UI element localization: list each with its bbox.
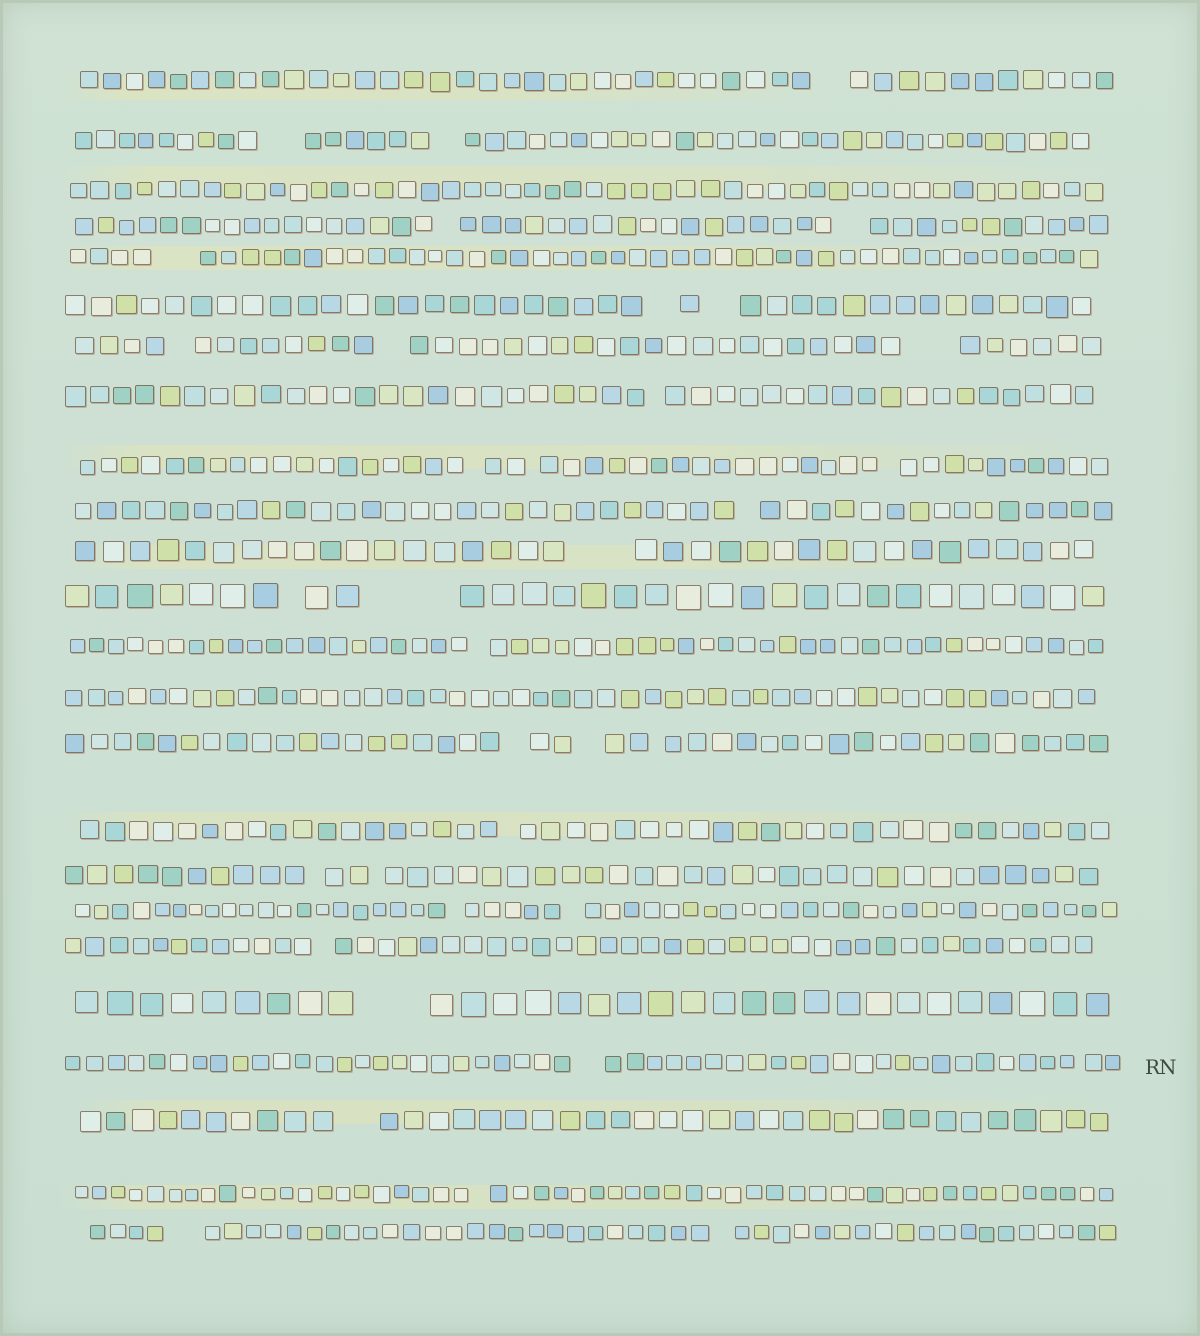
painted-square (378, 939, 395, 956)
painted-square (1074, 540, 1093, 558)
painted-square (631, 183, 647, 198)
painted-square (1043, 902, 1058, 917)
painted-square (484, 902, 500, 917)
painted-square (404, 1111, 423, 1129)
painted-square (717, 386, 735, 402)
painted-square (834, 336, 852, 353)
painted-square (480, 732, 499, 751)
painted-square (258, 902, 274, 918)
painted-square (644, 902, 660, 918)
painted-square (880, 821, 899, 838)
painted-square (242, 1187, 255, 1198)
painted-square (720, 904, 736, 919)
painted-square (635, 539, 657, 560)
painted-square (553, 252, 568, 265)
painted-square (571, 133, 587, 147)
painted-square (490, 639, 507, 656)
painted-square (724, 181, 742, 199)
painted-square (333, 902, 348, 917)
painted-square (543, 541, 564, 561)
painted-square (171, 939, 187, 954)
painted-square (1029, 133, 1046, 150)
painted-square (482, 339, 498, 355)
painted-square (816, 690, 832, 706)
painted-square (368, 736, 385, 751)
painted-square (553, 586, 575, 606)
painted-square (262, 338, 279, 353)
painted-square (326, 248, 343, 264)
painted-square (653, 183, 671, 200)
painted-square (708, 583, 733, 607)
painted-square (124, 339, 140, 353)
painted-square (902, 903, 917, 917)
painted-square (693, 337, 713, 355)
painted-square (459, 734, 476, 751)
painted-square (726, 1055, 743, 1071)
painted-square (75, 991, 98, 1013)
painted-square (355, 71, 375, 89)
painted-square (410, 1055, 427, 1072)
painted-square (858, 687, 877, 706)
painted-square (435, 337, 453, 353)
painted-square (954, 502, 970, 518)
painted-square (860, 249, 877, 264)
painted-square (767, 296, 787, 315)
painted-square (111, 1186, 125, 1198)
painted-square (785, 822, 802, 839)
painted-square (189, 640, 204, 654)
painted-square (554, 1056, 570, 1072)
painted-square (958, 991, 982, 1013)
painted-square (390, 902, 406, 917)
painted-square (92, 1186, 106, 1199)
painted-square (567, 822, 585, 838)
painted-square (972, 295, 993, 314)
painted-square (939, 1225, 955, 1240)
painted-square (65, 295, 85, 315)
painted-square (550, 132, 567, 147)
painted-square (505, 218, 521, 233)
painted-square (809, 182, 825, 197)
painted-square (1050, 585, 1075, 610)
painted-square (284, 1111, 306, 1132)
painted-square (717, 133, 733, 149)
painted-square (923, 457, 939, 472)
painted-square (1068, 823, 1085, 840)
painted-square (899, 71, 919, 90)
painted-square (398, 937, 417, 956)
painted-square (487, 937, 506, 956)
painted-square (338, 457, 357, 476)
painted-square (87, 865, 107, 884)
painted-square (558, 992, 581, 1014)
painted-square (563, 459, 580, 476)
painted-square (210, 388, 228, 404)
painted-square (714, 459, 730, 473)
painted-square (493, 993, 517, 1015)
painted-square (760, 640, 774, 652)
painted-square (834, 1225, 850, 1239)
painted-square (804, 990, 829, 1013)
painted-square (500, 297, 518, 314)
painted-square (732, 690, 750, 706)
painted-square (548, 297, 568, 316)
painted-square (735, 1226, 749, 1239)
painted-square (337, 503, 355, 520)
painted-square (948, 734, 964, 750)
painted-square (901, 733, 920, 750)
painted-square (803, 902, 818, 917)
painted-square (657, 866, 678, 886)
painted-square (996, 539, 1018, 559)
painted-square (1023, 296, 1042, 313)
painted-square (411, 822, 427, 836)
painted-square (153, 822, 173, 841)
painted-square (460, 585, 484, 607)
painted-square (791, 1056, 806, 1069)
painted-square (103, 73, 121, 89)
painted-square (832, 386, 852, 405)
painted-square (800, 639, 816, 654)
painted-square (692, 457, 710, 475)
painted-square (602, 386, 621, 404)
painted-square (1072, 72, 1090, 88)
painted-square (665, 691, 682, 708)
painted-square (306, 217, 322, 232)
painted-square (252, 1055, 269, 1070)
painted-square (631, 133, 646, 146)
painted-square (238, 131, 257, 150)
painted-square (798, 539, 820, 560)
painted-square (320, 541, 341, 560)
painted-square (812, 503, 830, 520)
painted-square (1032, 868, 1049, 883)
painted-square (257, 1110, 278, 1131)
painted-square (205, 905, 219, 917)
painted-square (246, 183, 265, 200)
painted-square (576, 502, 594, 520)
painted-square (747, 541, 768, 561)
painted-square (886, 1187, 903, 1203)
painted-square (969, 690, 986, 707)
painted-square (876, 1054, 891, 1069)
painted-square (1091, 458, 1108, 475)
painted-square (138, 133, 153, 148)
painted-square (75, 541, 95, 561)
painted-square (933, 183, 950, 198)
painted-square (434, 542, 455, 562)
painted-square (150, 689, 166, 704)
painted-square (787, 500, 807, 519)
painted-square (333, 73, 349, 87)
painted-square (687, 939, 704, 954)
painted-square (189, 904, 202, 915)
painted-square (532, 938, 550, 956)
painted-square (431, 1055, 449, 1073)
painted-square (1069, 640, 1084, 655)
painted-square (768, 183, 785, 199)
painted-square (95, 585, 118, 608)
painted-square (389, 131, 406, 147)
painted-square (270, 183, 285, 196)
painted-square (65, 690, 82, 706)
painted-square (205, 1226, 220, 1240)
painted-square (75, 132, 92, 149)
painted-square (467, 1223, 484, 1239)
painted-square (773, 1226, 790, 1243)
painted-square (881, 688, 898, 703)
painted-square (490, 1185, 507, 1202)
painted-square (1088, 639, 1103, 653)
painted-square (411, 502, 429, 519)
painted-square (233, 865, 253, 884)
painted-square (133, 249, 151, 265)
painted-square (979, 387, 998, 404)
painted-square (774, 541, 793, 560)
painted-square (608, 1186, 622, 1199)
painted-square (382, 1224, 398, 1238)
painted-square (504, 338, 522, 355)
painted-square (779, 636, 796, 653)
painted-square (621, 690, 639, 708)
painted-square (861, 502, 880, 520)
painted-square (430, 994, 453, 1016)
painted-square (1026, 637, 1042, 652)
painted-square (75, 1186, 88, 1198)
painted-square (90, 386, 109, 403)
painted-square (513, 1186, 528, 1199)
painted-square (964, 252, 978, 264)
painted-square (651, 458, 667, 473)
painting-canvas: RN (0, 0, 1200, 1336)
painted-square (925, 637, 941, 652)
painted-square (493, 691, 509, 706)
painted-square (947, 133, 963, 147)
painted-square (640, 821, 659, 838)
painted-square (121, 457, 138, 473)
painted-square (425, 1226, 441, 1240)
painted-square (119, 220, 134, 235)
painted-square (200, 251, 216, 265)
painted-square (434, 866, 453, 884)
painted-square (955, 823, 972, 838)
painted-square (691, 1225, 709, 1241)
painted-square (262, 71, 279, 87)
painted-square (307, 1227, 322, 1240)
painted-square (715, 248, 732, 265)
painted-square (103, 541, 124, 562)
painted-square (881, 337, 900, 355)
painted-square (525, 216, 543, 234)
painted-square (421, 183, 439, 201)
painted-square (870, 295, 890, 314)
painted-square (321, 295, 341, 313)
painted-square (1025, 216, 1043, 234)
painted-square (182, 217, 201, 234)
painted-square (1023, 1186, 1036, 1199)
painted-square (296, 457, 313, 472)
painted-square (375, 296, 394, 315)
painted-square (101, 458, 117, 472)
painted-square (1033, 691, 1050, 708)
painted-square (746, 71, 765, 88)
painted-square (729, 937, 745, 952)
painted-square (430, 689, 446, 703)
painted-square (779, 866, 799, 886)
painted-square (173, 904, 186, 917)
painted-square (321, 690, 338, 706)
painted-square (687, 689, 704, 704)
painted-square (708, 688, 726, 705)
painted-square (681, 218, 699, 235)
painted-square (529, 385, 548, 402)
painted-square (900, 459, 917, 476)
painted-square (645, 338, 662, 353)
painted-square (160, 217, 177, 233)
painted-square (185, 1189, 198, 1201)
painted-square (894, 183, 910, 198)
painted-square (213, 542, 234, 563)
painted-square (261, 385, 281, 403)
painted-square (697, 132, 713, 147)
painted-square (231, 1112, 250, 1130)
painted-square (853, 867, 872, 886)
painted-square (512, 937, 527, 951)
painted-square (960, 336, 980, 354)
painted-square (910, 502, 929, 521)
painted-square (781, 902, 798, 918)
painted-square (1099, 1188, 1113, 1201)
painted-square (510, 250, 528, 266)
painted-square (193, 690, 211, 707)
painted-square (261, 1188, 275, 1200)
painted-square (412, 1187, 429, 1202)
painted-square (797, 217, 812, 230)
painted-square (1089, 735, 1108, 752)
painted-square (413, 734, 432, 751)
painted-square (982, 218, 1000, 235)
painted-square (722, 72, 740, 90)
painted-square (1040, 249, 1056, 263)
painted-square (425, 458, 442, 475)
painted-square (1009, 938, 1025, 953)
painted-square (345, 734, 362, 751)
painted-square (65, 734, 84, 753)
painted-square (701, 180, 720, 197)
painted-square (872, 182, 888, 197)
painted-square (434, 503, 451, 520)
painted-square (810, 338, 827, 355)
painted-square (970, 733, 989, 752)
painted-square (504, 73, 520, 88)
painted-square (524, 295, 543, 314)
painted-square (329, 637, 347, 655)
painted-square (756, 248, 773, 265)
painted-square (459, 338, 477, 355)
painted-square (1053, 689, 1072, 708)
painted-square (1048, 638, 1064, 653)
painted-square (337, 1057, 352, 1072)
painted-square (998, 1226, 1014, 1241)
painted-square (233, 938, 249, 952)
painted-square (1082, 337, 1101, 355)
painted-square (1044, 822, 1061, 837)
painted-square (239, 904, 253, 916)
painted-square (106, 1112, 125, 1130)
painted-square (110, 937, 128, 953)
painted-square (618, 217, 636, 235)
painted-square (119, 133, 135, 148)
painted-square (839, 456, 857, 474)
painted-square (481, 502, 499, 518)
painted-square (810, 1055, 828, 1073)
painted-square (837, 992, 860, 1015)
painted-square (1099, 1225, 1116, 1240)
painted-square (1014, 1109, 1036, 1131)
painted-square (1003, 389, 1020, 406)
painted-square (290, 184, 307, 201)
painted-square (305, 586, 328, 609)
painted-square (841, 637, 858, 654)
painted-square (714, 501, 734, 519)
painted-square (929, 584, 952, 607)
painted-square (128, 1055, 144, 1071)
painted-square (1066, 1110, 1085, 1128)
painted-square (544, 904, 560, 919)
painted-square (849, 1187, 864, 1200)
painted-square (794, 1224, 809, 1238)
painted-square (391, 639, 406, 654)
painted-square (574, 690, 592, 708)
painted-square (887, 504, 904, 519)
painted-square (115, 183, 131, 199)
painted-square (146, 337, 164, 355)
painted-square (707, 1187, 721, 1199)
painted-square (284, 249, 300, 265)
painted-square (634, 1111, 654, 1129)
painted-square (910, 1110, 929, 1127)
painted-square (686, 1056, 701, 1070)
painted-square (901, 938, 917, 953)
painted-square (331, 182, 348, 197)
painted-square (758, 867, 775, 882)
painted-square (65, 866, 83, 884)
painted-square (353, 905, 368, 920)
painted-square (357, 937, 374, 953)
painted-square (287, 388, 305, 404)
painted-square (336, 585, 359, 607)
painted-square (635, 71, 653, 87)
painted-square (791, 936, 809, 953)
painted-square (113, 387, 131, 404)
painted-square (1089, 215, 1108, 234)
painted-square (325, 868, 343, 886)
painted-square (273, 1053, 290, 1069)
painted-square (792, 72, 810, 89)
painted-square (671, 1226, 686, 1240)
painted-square (224, 219, 240, 235)
painted-square (750, 936, 767, 952)
painted-square (336, 1187, 350, 1201)
painted-square (792, 295, 812, 314)
painted-square (927, 992, 951, 1015)
painted-square (344, 1225, 359, 1240)
painted-square (1043, 183, 1059, 198)
painted-square (407, 690, 424, 706)
painted-square (1030, 938, 1046, 952)
painted-square (446, 1226, 462, 1240)
painted-square (914, 182, 930, 198)
